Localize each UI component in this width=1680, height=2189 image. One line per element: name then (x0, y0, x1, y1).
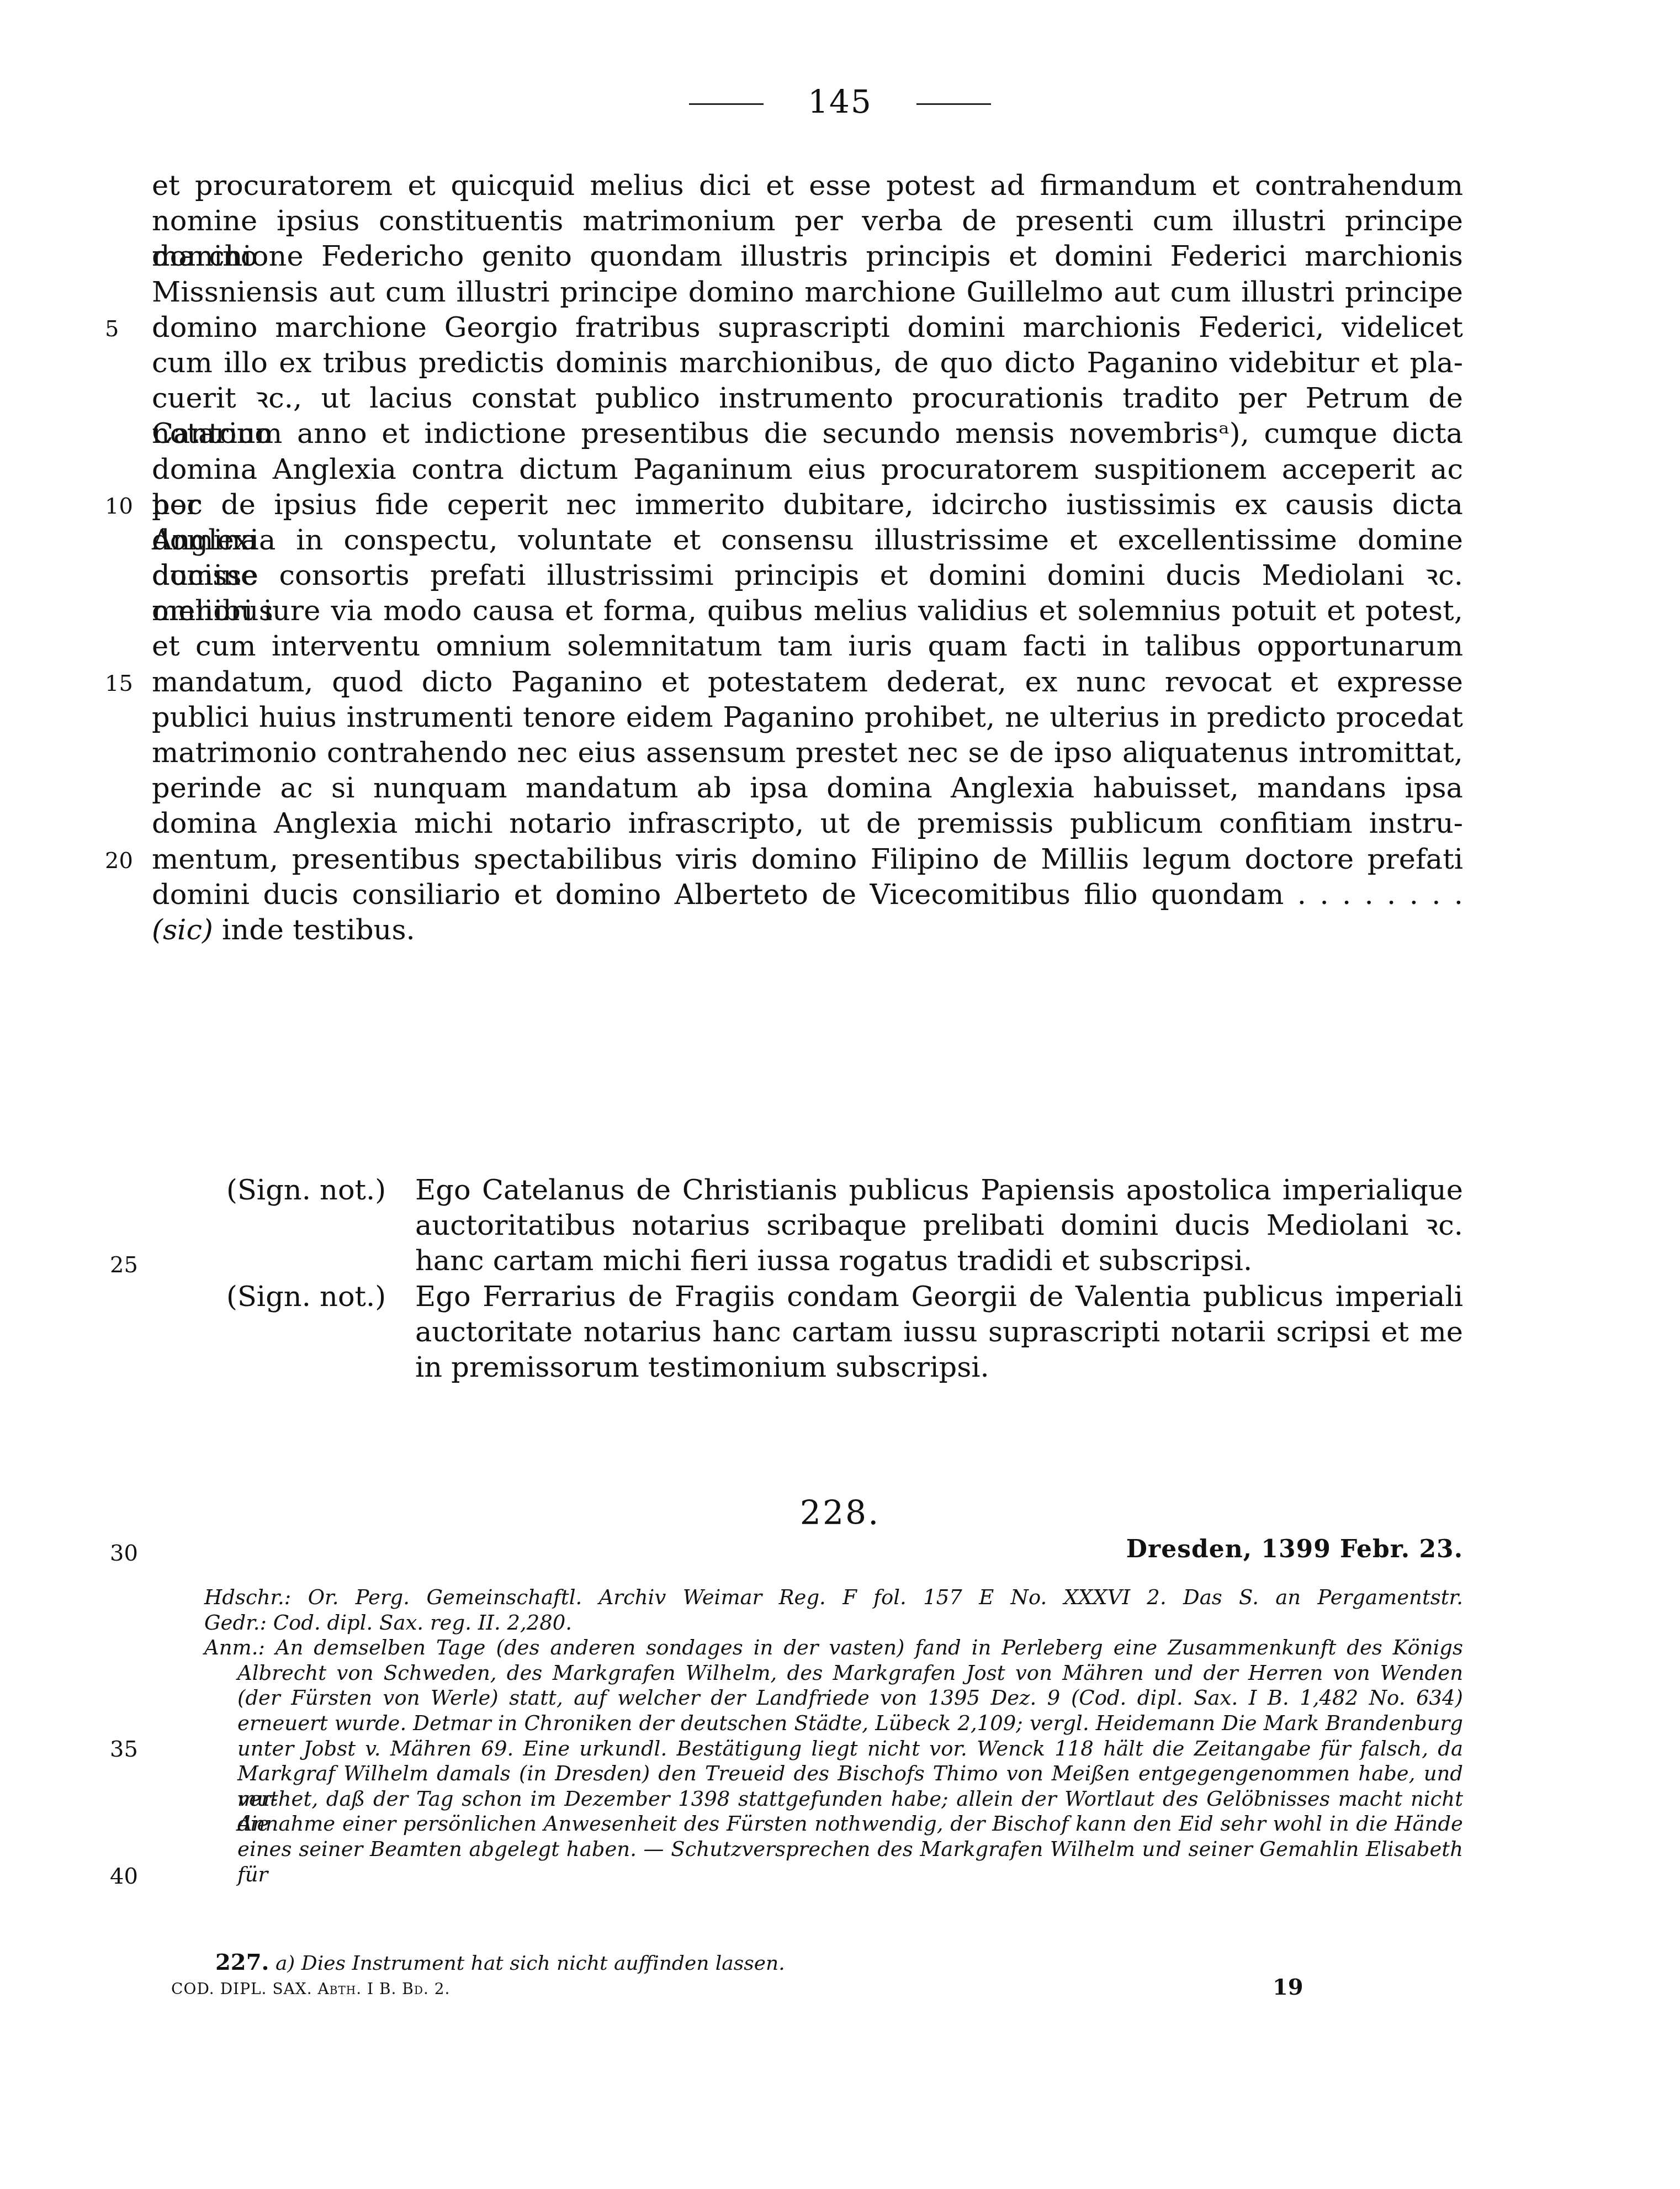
line-number: 15 (105, 666, 138, 701)
line-number: 25 (105, 1252, 138, 1278)
note-line: (der Fürsten von Werle) statt, auf welch… (204, 1685, 1463, 1711)
sheet-signature: COD. DIPL. SAX. Abth. I B. Bd. 2. (171, 1980, 450, 1998)
note-line: eines seiner Beamten abgelegt haben. — S… (204, 1837, 1463, 1862)
footnote-text: a) Dies Instrument hat sich nicht auffin… (275, 1952, 785, 1975)
document-number: 228. (0, 1494, 1680, 1532)
text-line: marchione Federicho genito quondam illus… (152, 239, 1463, 274)
header-rule-right (916, 103, 991, 105)
sic-mark: (sic) (152, 914, 213, 947)
text-line: domini ducis consiliario et domino Alber… (152, 877, 1463, 913)
notary-subscription-1: Ego Catelanus de Christianis publicus Pa… (415, 1173, 1463, 1279)
line-number: 10 (105, 489, 138, 524)
text-line: notarium anno et indictione presentibus … (152, 416, 1463, 452)
text-line: 20mentum, presentibus spectabilibus viri… (152, 842, 1463, 877)
note-line: muthet, daß der Tag schon im Dezember 13… (204, 1786, 1463, 1812)
signum-notarii-label: (Sign. not.) (226, 1279, 386, 1315)
note-line: Albrecht von Schweden, des Markgrafen Wi… (204, 1661, 1463, 1686)
apparatus-notes: Hdschr.: Or. Perg. Gemeinschaftl. Archiv… (204, 1585, 1463, 1862)
text-line: et procuratorem et quicquid melius dici … (152, 168, 1463, 204)
text-line: 5domino marchione Georgio fratribus supr… (152, 310, 1463, 346)
footnote: 227. a) Dies Instrument hat sich nicht a… (215, 1949, 785, 1975)
text-line: nomine ipsius constituentis matrimonium … (152, 204, 1463, 239)
text-line: (sic) inde testibus. (152, 913, 1463, 948)
footnote-number: 227. (215, 1949, 269, 1975)
text-line: domina Anglexia contra dictum Paganinum … (152, 452, 1463, 488)
notary-subscription-2: Ego Ferrarius de Fragiis condam Georgii … (415, 1279, 1463, 1386)
note-line: Anm.: An demselben Tage (des anderen son… (204, 1635, 1463, 1661)
line-number: 40 (105, 1864, 138, 1889)
header-rule-left (689, 103, 764, 105)
text-line: Missniensis aut cum illustri principe do… (152, 275, 1463, 310)
sheet-number: 19 (1273, 1974, 1303, 2000)
document-page: 145 et procuratorem et quicquid melius d… (0, 0, 1680, 2189)
text-line: matrimonio contrahendo nec eius assensum… (152, 736, 1463, 771)
line-number: 5 (105, 311, 138, 347)
text-line: cum illo ex tribus predictis dominis mar… (152, 346, 1463, 381)
line-number: 35 (105, 1737, 138, 1762)
note-line: Annahme einer persönlichen Anwesenheit d… (204, 1811, 1463, 1837)
note-line: unter Jobst v. Mähren 69. Eine urkundl. … (204, 1736, 1463, 1762)
text-line: cuerit ꝛc., ut lacius constat publico in… (152, 381, 1463, 416)
line-number: 30 (105, 1541, 138, 1566)
text-line: perinde ac si nunquam mandatum ab ipsa d… (152, 771, 1463, 806)
text-line: meliori iure via modo causa et forma, qu… (152, 594, 1463, 629)
page-number: 145 (808, 83, 872, 120)
charter-text: et procuratorem et quicquid melius dici … (152, 168, 1463, 948)
text-line: 10hoc de ipsius fide ceperit nec immerit… (152, 488, 1463, 523)
place-and-date: Dresden, 1399 Febr. 23. (1126, 1535, 1463, 1563)
note-line: erneuert wurde. Detmar in Chroniken der … (204, 1711, 1463, 1736)
text-line: domina Anglexia michi notario infrascrip… (152, 806, 1463, 842)
text-line: 15mandatum, quod dicto Paganino et potes… (152, 665, 1463, 700)
note-line: Hdschr.: Or. Perg. Gemeinschaftl. Archiv… (204, 1585, 1463, 1610)
text-line: ducisse consortis prefati illustrissimi … (152, 558, 1463, 594)
signum-notarii-label: (Sign. not.) (226, 1173, 386, 1208)
text-line: et cum interventu omnium solemnitatum ta… (152, 629, 1463, 664)
line-number: 20 (105, 843, 138, 879)
note-line: Gedr.: Cod. dipl. Sax. reg. II. 2,280. (204, 1610, 1463, 1636)
text-line: Anglexia in conspectu, voluntate et cons… (152, 523, 1463, 558)
text-line: publici huius instrumenti tenore eidem P… (152, 700, 1463, 736)
note-line: Markgraf Wilhelm damals (in Dresden) den… (204, 1761, 1463, 1786)
page-header: 145 (0, 83, 1680, 120)
